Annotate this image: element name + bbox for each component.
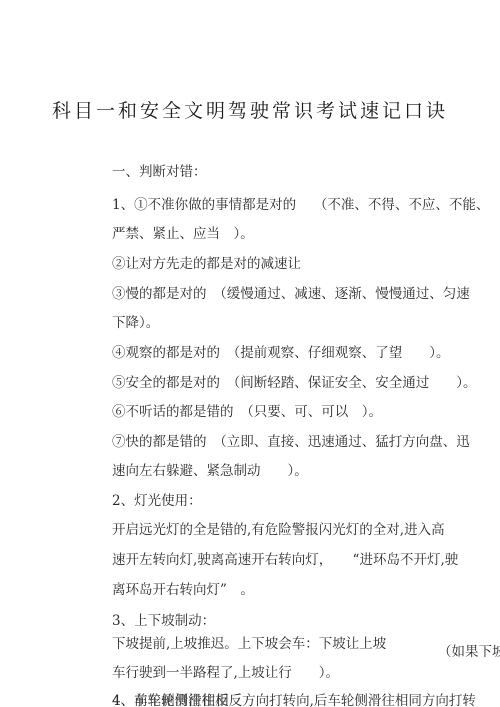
text-line: 速向左右躲避、紧急制动 ）。 (112, 459, 308, 479)
section-heading-judgement: 一、判断对错： (112, 160, 207, 180)
text-line: ②让对方先走的都是对的减速让 (112, 252, 301, 272)
section-heading-lights: 2、灯光使用： (112, 489, 202, 509)
text-line: 车行驶到一半路程了,上坡让行 ）。 (112, 661, 339, 681)
text-line: 严禁、紧止、应当 ）。 (112, 222, 254, 242)
text-line: ⑤安全的都是对的 （间断轻踏、保证安全、安全通过 ）。 (112, 371, 477, 391)
text-line: 下坡提前,上坡推迟。上下坡会车：下坡让上坡 (112, 632, 386, 652)
text-line: ⑦快的都是错的 （立即、直接、迅速通过、猛打方向盘、迅 (112, 430, 470, 450)
overlap-layer-b: 4、车轮侧滑往相反 (112, 689, 229, 707)
text-line: 1、①不准你做的事情都是对的 （不准、不得、不应、不能、 (112, 193, 489, 213)
overlapping-text-line: 4、前车轮侧滑往相反方向打转向,后车轮侧滑往相同方向打转 4、车轮侧滑往相反 (112, 689, 476, 707)
text-line: 开启远光灯的全是错的,有危险警报闪光灯的全对,进入高 (112, 518, 445, 538)
document-title: 科目一和安全文明驾驶常识考试速记口诀 (0, 96, 500, 123)
text-line: 下降）。 (112, 311, 159, 331)
text-line: ③慢的都是对的 （缓慢通过、减速、逐渐、慢慢通过、匀速 (112, 282, 470, 302)
text-line: ⑥不听话的都是错的 （只要、可、可以 ）。 (112, 400, 382, 420)
text-line: ④观察的都是对的 （提前观察、仔细观察、了望 ）。 (112, 341, 450, 361)
text-line: 速开左转向灯,驶离高速开右转向灯， “进环岛不开灯,驶 (112, 548, 458, 568)
side-note: （如果下坡 (438, 640, 500, 660)
section-heading-slope-braking: 3、上下坡制动： (112, 609, 215, 629)
text-line: 离环岛开右转向灯” 。 (112, 578, 254, 598)
